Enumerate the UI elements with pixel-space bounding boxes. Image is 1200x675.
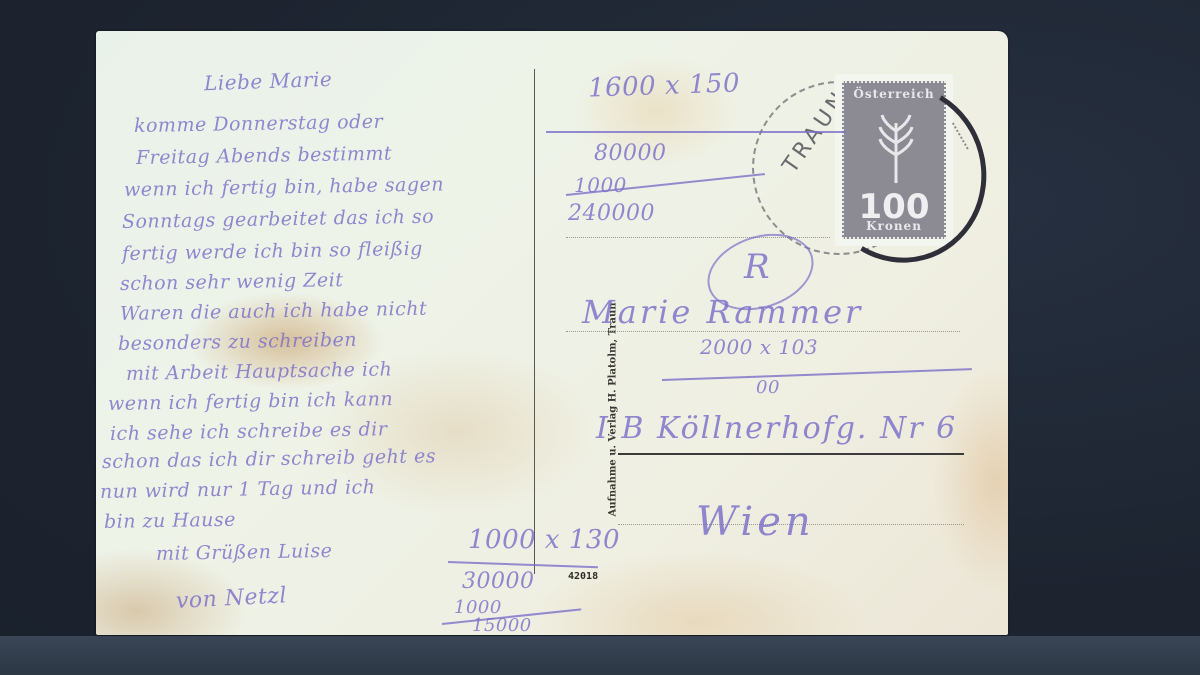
circled-letter: R [744,247,770,287]
letter-line: Freitag Abends bestimmt [136,143,392,169]
center-divider [534,69,535,574]
pencil-note-240000: 240000 [568,201,655,226]
pencil-stroke [546,131,846,133]
card-number: 42018 [568,571,598,582]
pencil-note-30000: 30000 [462,569,535,594]
letter-line: Waren die auch ich habe nicht [120,298,427,325]
recipient-street: I B Köllnerhofg. Nr 6 [596,411,957,446]
letter-line: besonders zu schreiben [118,329,357,355]
pencil-note-15000: 15000 [472,615,532,636]
letter-line: schon sehr wenig Zeit [120,269,344,295]
letter-line: wenn ich fertig bin, habe sagen [124,173,444,201]
pencil-note-80000: 80000 [594,141,667,166]
pencil-stroke [662,368,972,381]
letter-line: bin zu Hause [104,509,236,533]
pencil-note-middle-sub: 00 [756,377,780,398]
bottom-ledge [0,636,1200,675]
greeting: Liebe Marie [204,67,333,95]
pencil-note-middle: 2000 x 103 [700,335,818,359]
letter-line: mit Grüßen Luise [156,540,333,565]
pencil-note-bottom: 1000 x 130 [468,525,620,555]
letter-line: nun wird nur 1 Tag und ich [100,476,376,503]
postcard: Liebe Marie komme Donnerstag oder Freita… [96,31,1008,635]
pencil-stroke [448,561,598,568]
letter-line: fertig werde ich bin so fleißig [122,238,423,265]
address-line [566,331,960,332]
letter-line: komme Donnerstag oder [134,111,383,137]
recipient-name: Marie Rammer [582,293,863,331]
letter-line: ich sehe ich schreibe es dir [110,418,388,445]
letter-line: Sonntags gearbeitet das ich so [122,206,435,233]
letter-line: wenn ich fertig bin ich kann [108,388,393,415]
address-line-underline [618,453,964,455]
letter-line: mit Arbeit Hauptsache ich [126,358,393,385]
recipient-city: Wien [696,499,815,545]
pencil-note-top: 1600 x 150 [588,68,741,103]
signature: von Netzl [175,583,287,614]
letter-line: schon das ich dir schreib geht es [102,445,436,473]
